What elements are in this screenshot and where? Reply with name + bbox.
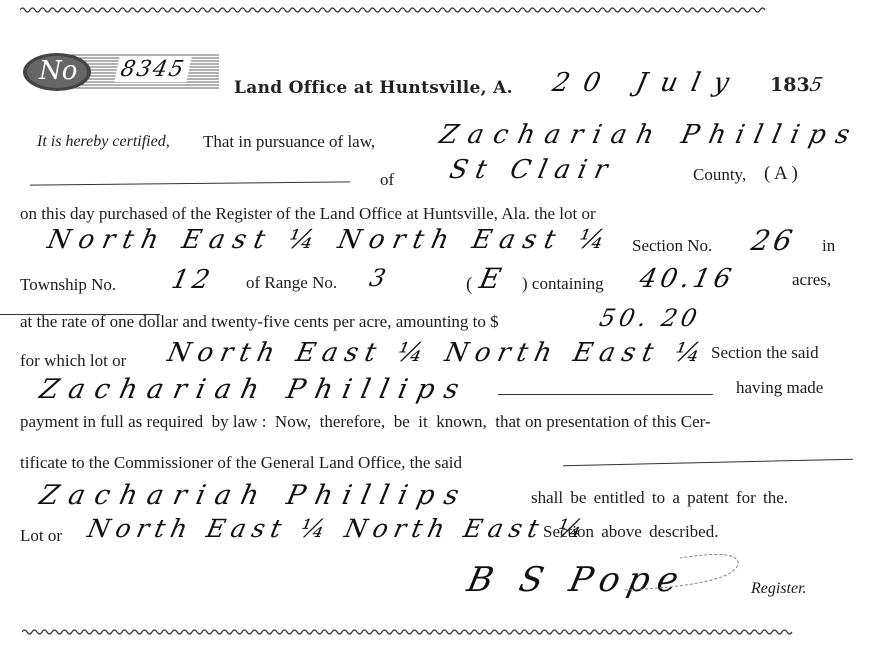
- purchaser-name-3: Zachariah Phillips: [37, 480, 472, 511]
- section-number: 26: [748, 224, 799, 257]
- section-label: Section No.: [632, 236, 712, 256]
- township-number: 12: [169, 265, 216, 295]
- blank-line: [498, 394, 713, 395]
- township-label: Township No.: [20, 275, 116, 295]
- range-dir-open: (: [466, 274, 472, 296]
- intro-italic: It is hereby certified,: [37, 133, 170, 151]
- register-label: Register.: [751, 580, 807, 598]
- number-prefix: No: [39, 56, 77, 86]
- section-the-said: Section the said: [711, 343, 819, 363]
- amount: 50. 20: [597, 304, 703, 332]
- year-handwritten-digit: 5: [807, 74, 826, 96]
- certificate-year: 1835: [770, 74, 824, 96]
- range-label: of Range No.: [246, 273, 337, 293]
- office-title: Land Office at Huntsville, A.: [234, 78, 513, 98]
- blank-line: [30, 181, 350, 185]
- section-above: Section above described.: [543, 522, 718, 542]
- lot-description-3: North East ¼ North East ¼: [85, 514, 591, 543]
- lot-or-label: Lot or: [20, 526, 62, 546]
- state-abbrev: ( A ): [764, 163, 798, 185]
- top-wavy-border: [20, 6, 835, 14]
- payment-line: payment in full as required by law : Now…: [20, 412, 711, 432]
- certificate-date: 20 July: [550, 68, 746, 98]
- acres-label: acres,: [792, 270, 831, 290]
- bottom-wavy-border: [22, 628, 840, 636]
- county-label: County,: [693, 165, 746, 185]
- lot-description: North East ¼ North East ¼: [45, 225, 616, 255]
- lot-description-2: North East ¼ North East ¼: [165, 338, 711, 368]
- rate-text: at the rate of one dollar and twenty-fiv…: [20, 312, 499, 332]
- purchaser-name-2: Zachariah Phillips: [37, 374, 472, 405]
- commissioner-line: tificate to the Commissioner of the Gene…: [20, 453, 462, 473]
- county-name: St Clair: [447, 155, 618, 185]
- certificate-number: 8345: [114, 57, 191, 82]
- range-dir-close: ) containing: [522, 274, 604, 294]
- purchase-statement: on this day purchased of the Register of…: [20, 204, 596, 224]
- year-printed: 183: [770, 74, 810, 96]
- having-made: having made: [736, 378, 823, 398]
- purchaser-name: Zachariah Phillips: [437, 120, 863, 150]
- of-label: of: [380, 170, 394, 190]
- range-direction: E: [476, 262, 505, 295]
- in-label: in: [822, 236, 835, 256]
- entitled-text: shall be entitled to a patent for the.: [531, 488, 788, 508]
- intro-text: That in pursuance of law,: [203, 132, 375, 152]
- range-number: 3: [367, 264, 390, 292]
- acreage: 40.16: [637, 264, 738, 294]
- blank-line: [563, 459, 853, 467]
- for-which-label: for which lot or: [20, 351, 126, 371]
- certificate-number-badge: No 8345: [22, 52, 219, 92]
- signature-flourish-icon: [620, 550, 745, 600]
